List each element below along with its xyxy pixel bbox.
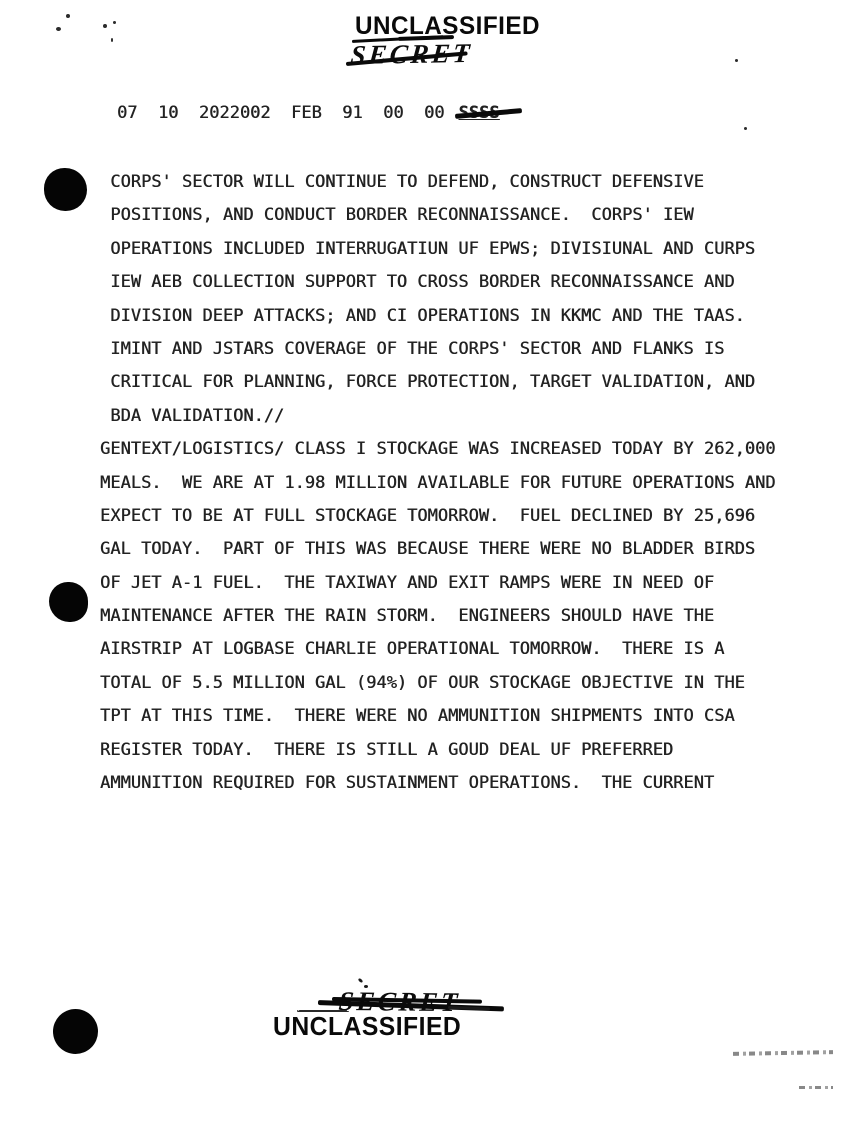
body-line: TOTAL OF 5.5 MILLION GAL (94%) OF OUR ST…: [100, 667, 800, 700]
ink-speck: [56, 27, 61, 31]
ink-speck: [113, 21, 116, 24]
body-line: CORPS' SECTOR WILL CONTINUE TO DEFEND, C…: [100, 166, 800, 199]
hole-punch-dot: [44, 168, 87, 211]
body-line: OF JET A-1 FUEL. THE TAXIWAY AND EXIT RA…: [100, 567, 800, 600]
ink-speck: [111, 38, 113, 42]
body-line: MAINTENANCE AFTER THE RAIN STORM. ENGINE…: [100, 600, 800, 633]
body-line: POSITIONS, AND CONDUCT BORDER RECONNAISS…: [100, 199, 800, 232]
ink-speck: [735, 59, 738, 62]
faint-pencil-smudge: [799, 1086, 833, 1089]
body-line: AIRSTRIP AT LOGBASE CHARLIE OPERATIONAL …: [100, 633, 800, 666]
body-line: GAL TODAY. PART OF THIS WAS BECAUSE THER…: [100, 533, 800, 566]
body-line: AMMUNITION REQUIRED FOR SUSTAINMENT OPER…: [100, 767, 800, 800]
dtg-header-line: 07 10 2022002 FEB 91 00 00SSSS: [117, 103, 499, 123]
hole-punch-dot: [53, 1009, 98, 1054]
body-line: DIVISION DEEP ATTACKS; AND CI OPERATIONS…: [100, 300, 800, 333]
body-line: GENTEXT/LOGISTICS/ CLASS I STOCKAGE WAS …: [100, 433, 800, 466]
body-line: EXPECT TO BE AT FULL STOCKAGE TOMORROW. …: [100, 500, 800, 533]
hole-punch-dot: [49, 582, 88, 622]
ink-speck: [103, 24, 107, 28]
body-line: IMINT AND JSTARS COVERAGE OF THE CORPS' …: [100, 333, 800, 366]
document-body: CORPS' SECTOR WILL CONTINUE TO DEFEND, C…: [100, 166, 800, 800]
ink-speck: [744, 127, 747, 130]
body-line: REGISTER TODAY. THERE IS STILL A GOUD DE…: [100, 734, 800, 767]
struck-classification-code: SSSS: [459, 103, 500, 123]
body-line: MEALS. WE ARE AT 1.98 MILLION AVAILABLE …: [100, 467, 800, 500]
body-line: CRITICAL FOR PLANNING, FORCE PROTECTION,…: [100, 366, 800, 399]
scanned-document-page: UNCLASSIFIED SECRET 07 10 2022002 FEB 91…: [0, 0, 850, 1121]
ink-speck: [358, 978, 364, 984]
dtg-fields: 07 10 2022002 FEB 91 00 00: [117, 103, 445, 123]
body-line: BDA VALIDATION.//: [100, 400, 800, 433]
body-line: IEW AEB COLLECTION SUPPORT TO CROSS BORD…: [100, 266, 800, 299]
unclassified-stamp-bottom: UNCLASSIFIED: [273, 1011, 461, 1042]
faint-pencil-smudge: [733, 1050, 833, 1056]
body-line: TPT AT THIS TIME. THERE WERE NO AMMUNITI…: [100, 700, 800, 733]
body-line: OPERATIONS INCLUDED INTERRUGATIUN UF EPW…: [100, 233, 800, 266]
ink-speck: [364, 985, 368, 988]
ink-speck: [66, 14, 70, 18]
